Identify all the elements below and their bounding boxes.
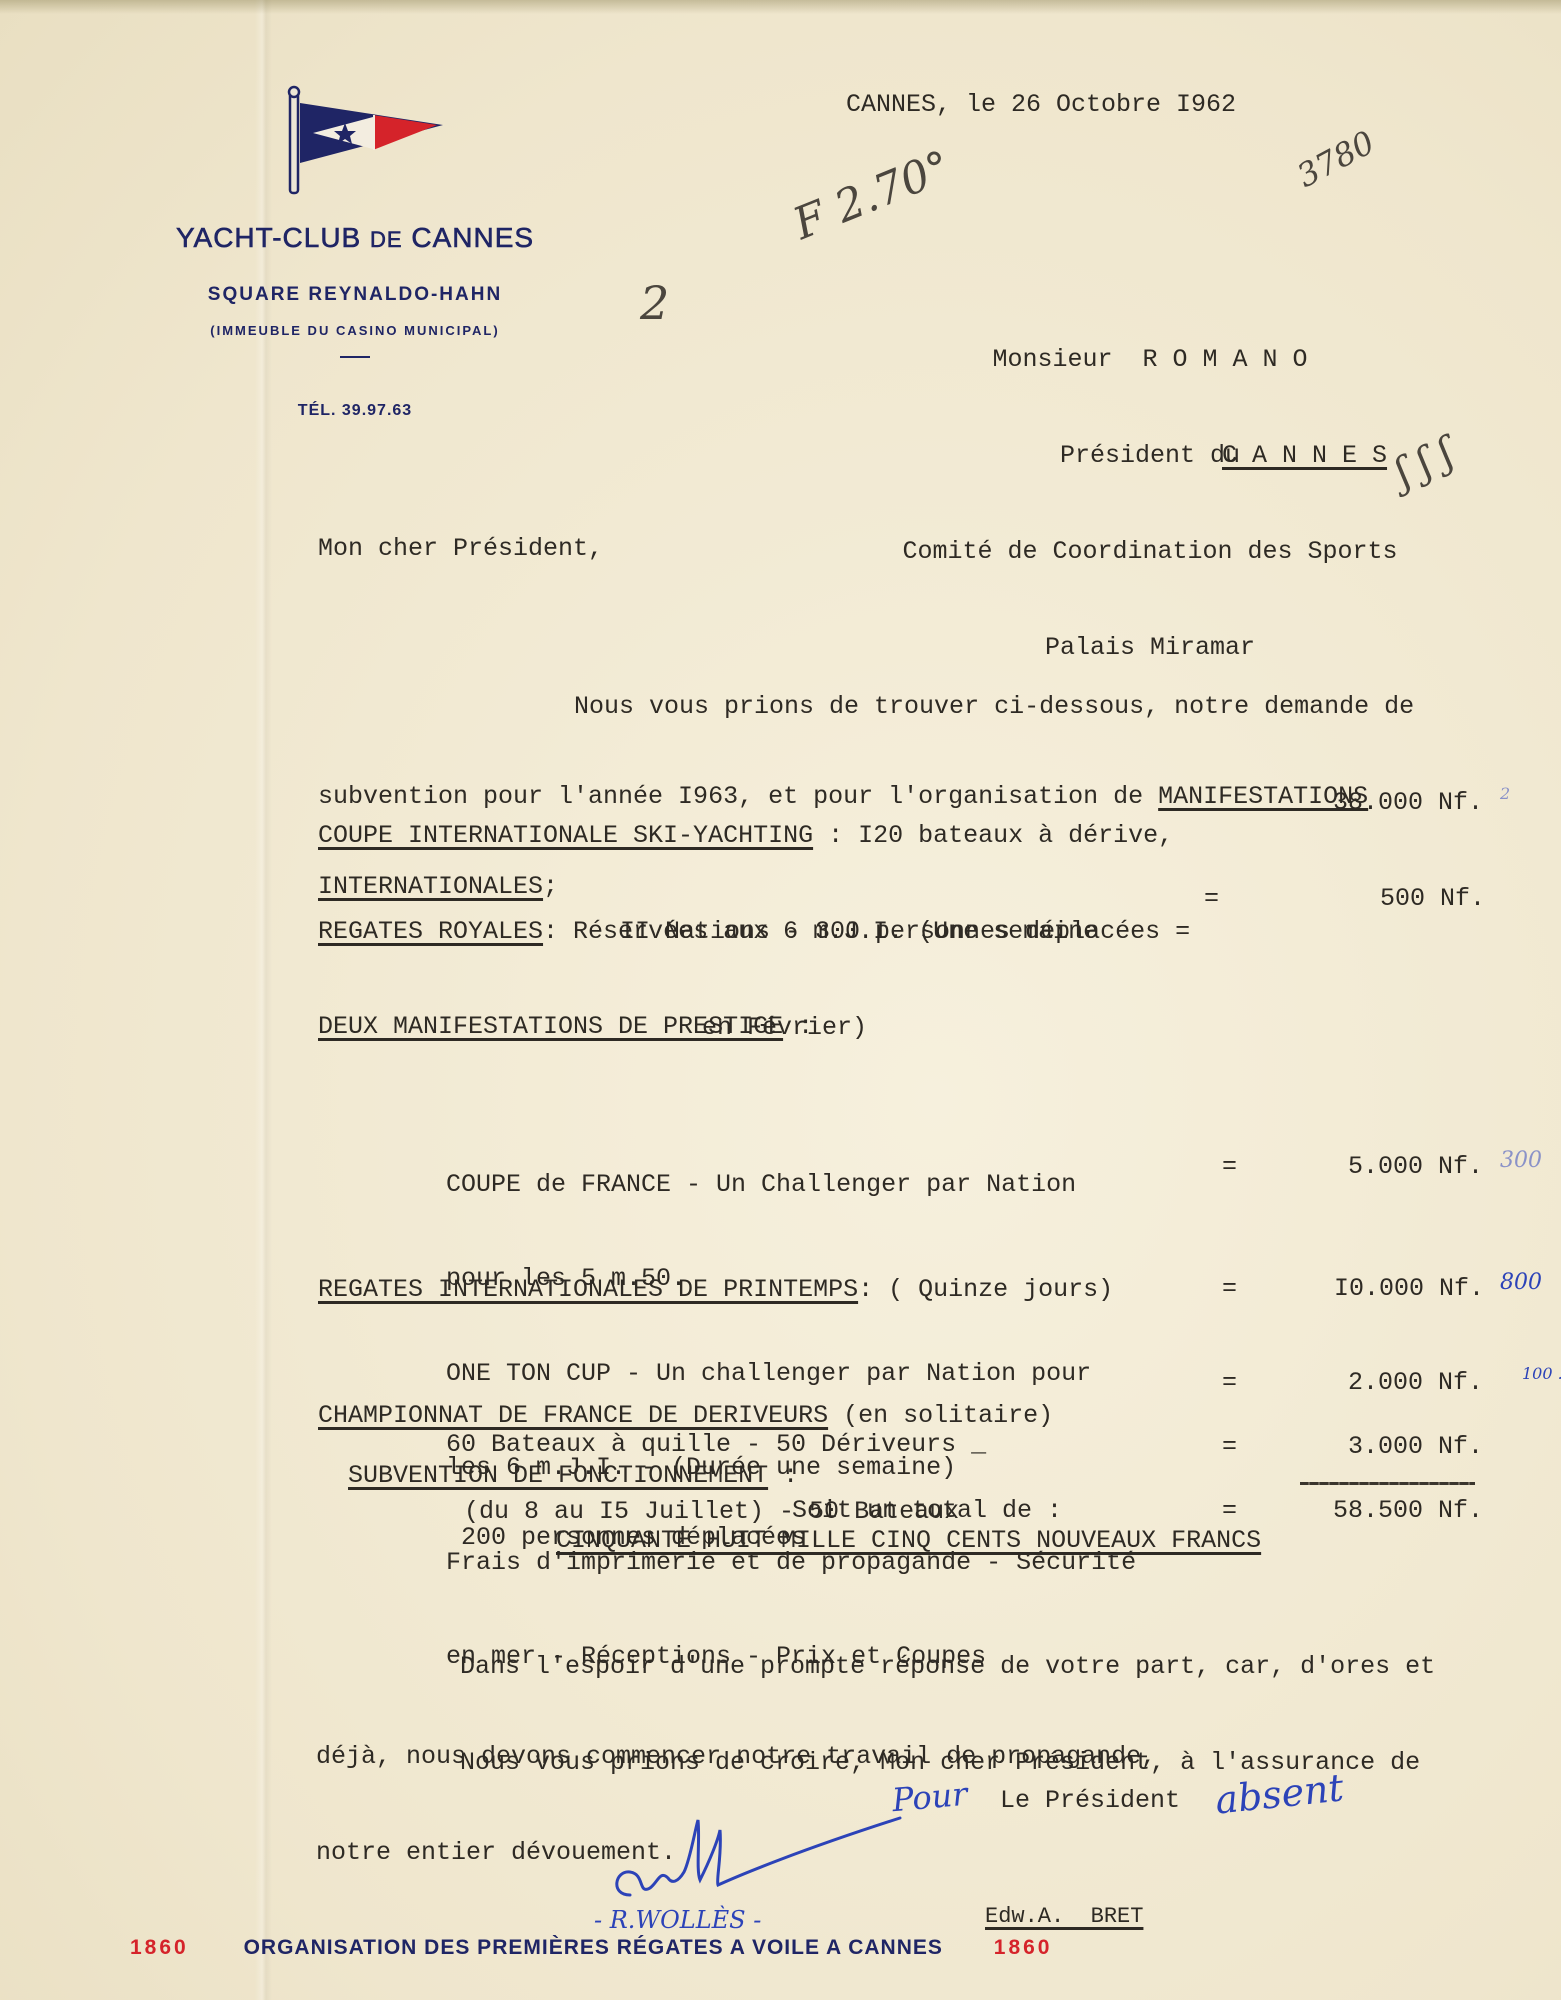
signature-typed-name: Edw.A. BRET [985, 1904, 1143, 1929]
yacht-club-pennant-icon [285, 85, 455, 200]
total-in-words: CINQUANTE HUIT MILLE CINQ CENTS NOUVEAUX… [556, 1526, 1261, 1555]
recipient-city: C A N N E S [1222, 441, 1387, 470]
annotation-after-2000: 100 . [1522, 1364, 1561, 1383]
club-building: (IMMEUBLE DU CASINO MUNICIPAL) [120, 323, 590, 338]
amount-printemps: I0.000 Nf. [1334, 1274, 1484, 1303]
club-telephone: TÉL. 39.97.63 [120, 402, 590, 420]
item-fonctionnement: SUBVENTION DE FONCTIONNEMENT : [318, 1432, 798, 1490]
intro-line-1: Nous vous prions de trouver ci-dessous, … [318, 692, 1414, 722]
amount-regates-royales: 500 Nf. [1380, 884, 1485, 913]
signature-title: Le Président [1000, 1786, 1180, 1815]
recipient-name: Monsieur R O M A N O [820, 344, 1480, 376]
annotation-after-38000: 2 [1500, 784, 1510, 803]
signature-handwritten-name: - R.WOLLÈS - [594, 1906, 761, 1934]
annotation-f-270: F 2.70° [786, 141, 958, 250]
total-rule [1300, 1482, 1475, 1485]
footer-year-right: 1860 [994, 1936, 1053, 1959]
annotation-2: 2 [640, 276, 669, 330]
recipient-organization: Comité de Coordination des Sports [820, 536, 1480, 568]
salutation: Mon cher Président, [318, 534, 603, 563]
letterhead: YACHT-CLUB DE CANNES SQUARE REYNALDO-HAH… [120, 80, 590, 420]
footer-year-left: 1860 [130, 1936, 189, 1959]
total-amount: 58.500 Nf. [1333, 1496, 1483, 1525]
club-address: SQUARE REYNALDO-HAHN [120, 284, 590, 306]
amount-ski-yachting: 38.000 Nf. [1333, 788, 1483, 817]
amount-championnat: 2.000 Nf. [1348, 1368, 1483, 1397]
footer-text: ORGANISATION DES PREMIÈRES RÉGATES A VOI… [244, 1936, 943, 1959]
amount-fonctionnement: 3.000 Nf. [1348, 1432, 1483, 1461]
annotation-3780: 3780 [1291, 123, 1381, 195]
handwritten-signature [600, 1800, 920, 1920]
item-heading: COUPE INTERNATIONALE SKI-YACHTING [318, 821, 813, 850]
total-label: Soit un total de : [792, 1496, 1062, 1525]
footer: 1860 ORGANISATION DES PREMIÈRES RÉGATES … [130, 1936, 1052, 1960]
date-line: CANNES, le 26 Octobre I962 [846, 90, 1236, 119]
amount-prestige: 5.000 Nf. [1348, 1152, 1483, 1181]
club-name: YACHT-CLUB DE CANNES [120, 222, 590, 254]
annotation-after-10000: 800 [1500, 1270, 1542, 1295]
annotation-after-5000: 300 [1500, 1148, 1542, 1173]
divider [340, 356, 370, 358]
